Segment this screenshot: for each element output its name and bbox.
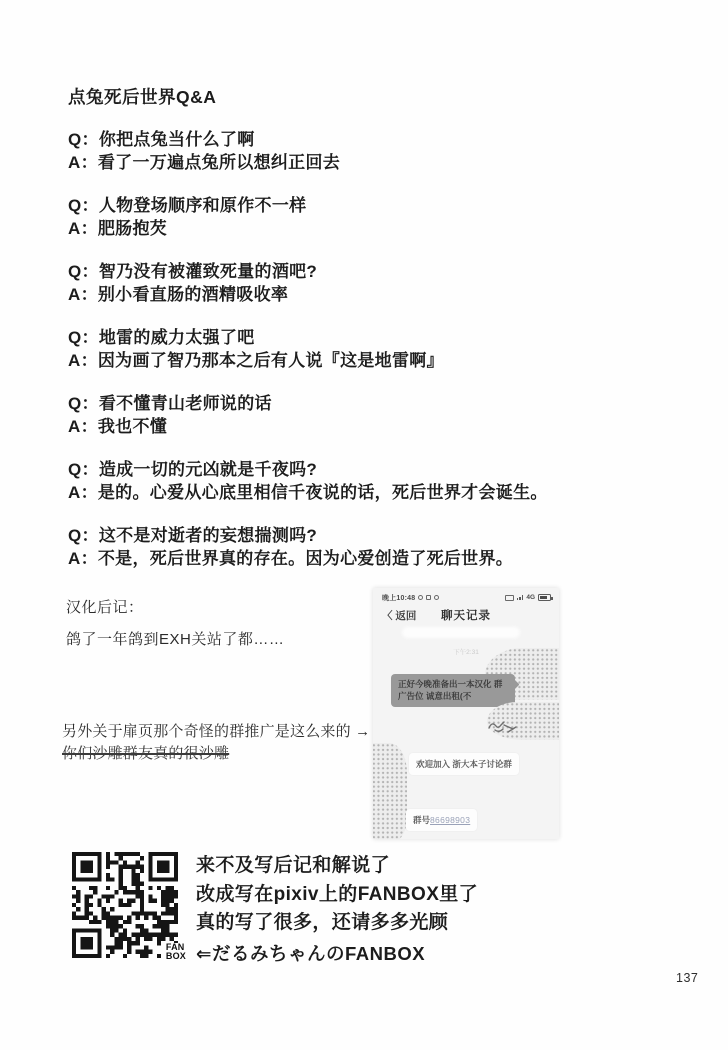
qr-caption: FAN BOX [164, 943, 186, 961]
gear-icon [418, 595, 423, 600]
bell-icon [434, 595, 439, 600]
page-number: 137 [676, 971, 698, 985]
afterword-block-2: 另外关于扉页那个奇怪的群推广是这么来的 → 你们沙雕群友真的很沙雕 [62, 721, 382, 765]
status-time: 晚上10:48 [382, 593, 415, 603]
fanbox-qr-code: FAN BOX [72, 852, 182, 962]
fanbox-note-line: 真的写了很多，还请多多光顾 [196, 909, 478, 938]
qa-question: Q：你把点兔当什么了啊 [68, 128, 638, 151]
phone-nav-bar: 〈 返回 聊天记录 [373, 605, 559, 625]
qa-item: Q：地雷的威力太强了吧 A：因为画了智乃那本之后有人说『这是地雷啊』 [68, 326, 638, 372]
qa-question: Q：智乃没有被灌致死量的酒吧? [68, 260, 638, 283]
chat-bubble-gray: 正好今晚准备出一本汉化 群广告位 诚意出租(不 [391, 674, 515, 707]
chat-bubble-group-number: 群号86698903 [406, 809, 477, 831]
censored-name-blur [402, 627, 520, 638]
qa-list: Q：你把点兔当什么了啊 A：看了一万遍点兔所以想纠正回去 Q：人物登场顺序和原作… [68, 128, 638, 570]
network-label: 4G [526, 594, 535, 601]
censored-blob [373, 743, 407, 839]
qa-item: Q：看不懂青山老师说的话 A：我也不懂 [68, 392, 638, 438]
fanbox-note-line: 改成写在pixiv上的FANBOX里了 [196, 881, 478, 910]
afterword-block: 汉化后记： 鸽了一年鸽到EXH关站了都…… [66, 597, 376, 650]
qa-item: Q：人物登场顺序和原作不一样 A：肥肠抱芡 [68, 194, 638, 240]
qa-answer: A：是的。心爱从心底里相信千夜说的话，死后世界才会诞生。 [68, 481, 638, 504]
fanbox-note-line: 来不及写后记和解说了 [196, 852, 478, 881]
qa-section: 点兔死后世界Q&A Q：你把点兔当什么了啊 A：看了一万遍点兔所以想纠正回去 Q… [68, 86, 638, 590]
battery-icon [538, 594, 551, 601]
scribble-doodle [486, 716, 520, 736]
afterword-strikethrough: 你们沙雕群友真的很沙雕 [62, 743, 382, 765]
qa-answer: A：看了一万遍点兔所以想纠正回去 [68, 151, 638, 174]
qa-answer: A：因为画了智乃那本之后有人说『这是地雷啊』 [68, 349, 638, 372]
fanbox-note: 来不及写后记和解说了 改成写在pixiv上的FANBOX里了 真的写了很多，还请… [196, 852, 478, 938]
qr-caption-box: BOX [166, 952, 186, 961]
qa-answer: A：肥肠抱芡 [68, 217, 638, 240]
qa-item: Q：这不是对逝者的妄想揣测吗? A：不是，死后世界真的存在。因为心爱创造了死后世… [68, 524, 638, 570]
phone-chat-screenshot: 晚上10:48 4G 〈 返回 聊天记录 下午2:31 正好今晚准备出一本汉化 … [373, 588, 559, 839]
scanned-doujin-page: 点兔死后世界Q&A Q：你把点兔当什么了啊 A：看了一万遍点兔所以想纠正回去 Q… [0, 0, 728, 1050]
fanbox-link-line: ⇐だるみちゃんのFANBOX [196, 940, 425, 966]
qa-item: Q：你把点兔当什么了啊 A：看了一万遍点兔所以想纠正回去 [68, 128, 638, 174]
qa-item: Q：智乃没有被灌致死量的酒吧? A：别小看直肠的酒精吸收率 [68, 260, 638, 306]
afterword-line1: 鸽了一年鸽到EXH关站了都…… [66, 629, 376, 650]
qa-question: Q：看不懂青山老师说的话 [68, 392, 638, 415]
phone-status-bar: 晚上10:48 4G [373, 588, 559, 604]
qa-question: Q：人物登场顺序和原作不一样 [68, 194, 638, 217]
page-title: 点兔死后世界Q&A [68, 86, 638, 109]
chat-bubble-welcome: 欢迎加入 浙大本子讨论群 [409, 753, 519, 775]
shield-icon [426, 595, 431, 600]
qa-question: Q：造成一切的元凶就是千夜吗? [68, 458, 638, 481]
qa-answer: A：我也不懂 [68, 415, 638, 438]
group-number-link: 86698903 [430, 815, 470, 825]
qa-answer: A：别小看直肠的酒精吸收率 [68, 283, 638, 306]
afterword-heading: 汉化后记： [66, 597, 376, 618]
qa-item: Q：造成一切的元凶就是千夜吗? A：是的。心爱从心底里相信千夜说的话，死后世界才… [68, 458, 638, 504]
signal-icon [517, 595, 524, 600]
group-number-label: 群号 [413, 815, 430, 825]
qa-question: Q：这不是对逝者的妄想揣测吗? [68, 524, 638, 547]
sim-card-icon [505, 595, 514, 601]
afterword-line2: 另外关于扉页那个奇怪的群推广是这么来的 → [62, 721, 382, 743]
qa-question: Q：地雷的威力太强了吧 [68, 326, 638, 349]
chat-title: 聊天记录 [373, 607, 559, 623]
qa-answer: A：不是，死后世界真的存在。因为心爱创造了死后世界。 [68, 547, 638, 570]
